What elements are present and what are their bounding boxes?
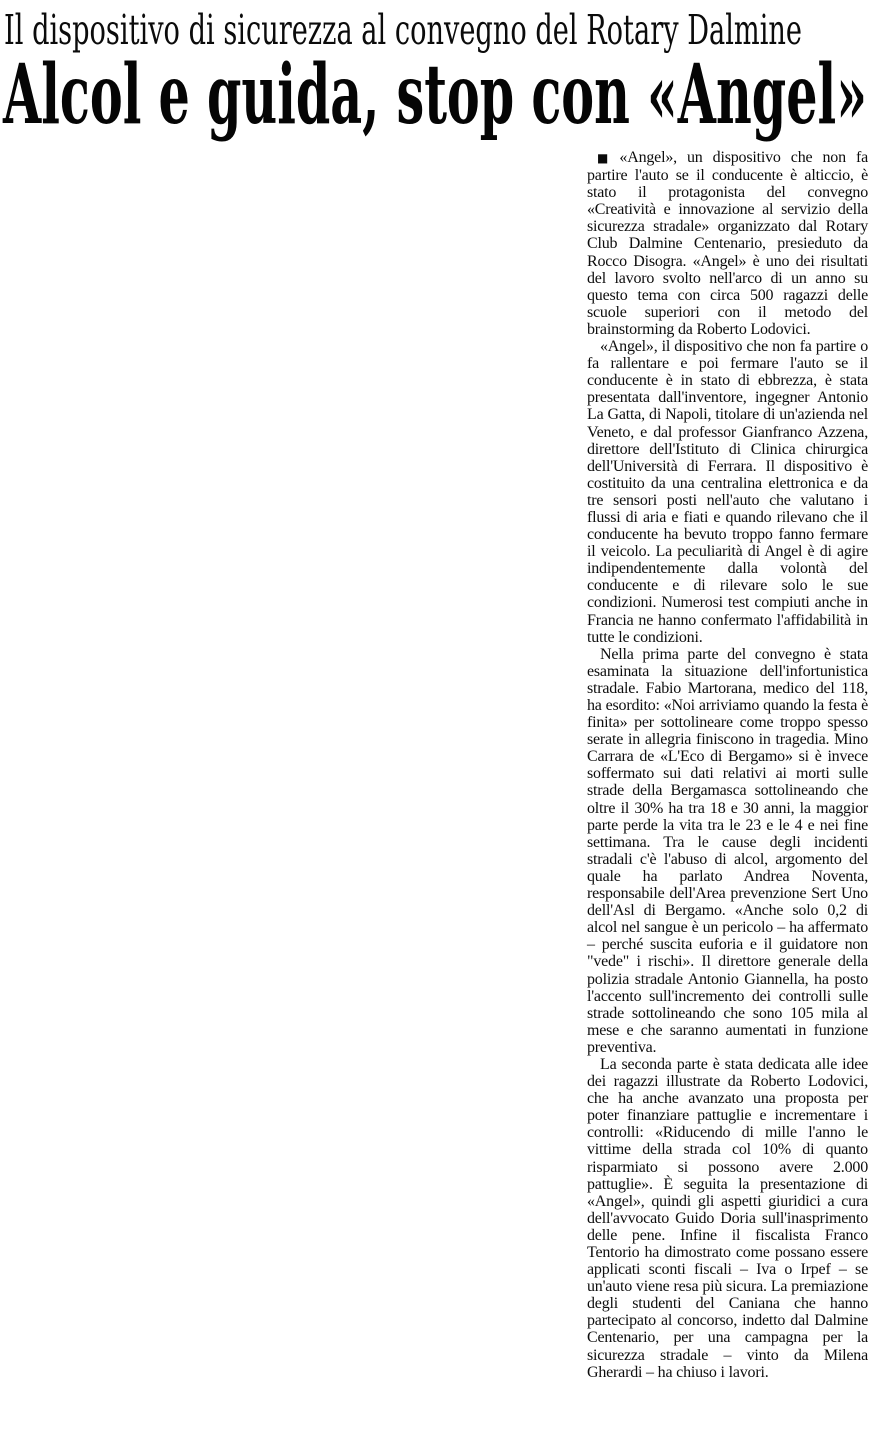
article-paragraph: Nella prima parte del convegno è stata e… bbox=[587, 646, 868, 1056]
article-body-column: ■«Angel», un dispositivo che non fa part… bbox=[587, 149, 868, 1381]
paragraph-text: «Angel», un dispositivo che non fa parti… bbox=[587, 149, 868, 338]
newspaper-page: Il dispositivo di sicurezza al convegno … bbox=[0, 0, 875, 1437]
article-paragraph: La seconda parte è stata dedicata alle i… bbox=[587, 1056, 868, 1381]
masthead-block: Il dispositivo di sicurezza al convegno … bbox=[0, 0, 875, 146]
article-paragraph: «Angel», il dispositivo che non fa parti… bbox=[587, 338, 868, 646]
article-paragraph: ■«Angel», un dispositivo che non fa part… bbox=[587, 149, 868, 338]
main-headline: Alcol e guida, stop con «Angel» bbox=[2, 47, 867, 143]
black-square-marker: ■ bbox=[597, 151, 619, 165]
